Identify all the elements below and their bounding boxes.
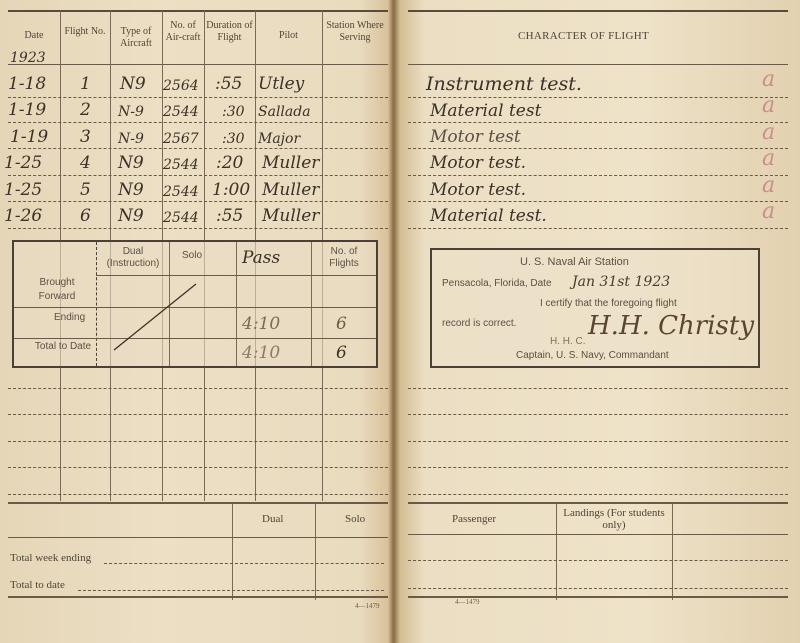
header-station: Station Where Serving	[322, 20, 388, 44]
footer-solo: Solo	[345, 513, 365, 525]
grade-mark: a	[762, 149, 775, 169]
total-flights: 6	[336, 343, 347, 363]
form-number: 4—1479	[455, 598, 480, 606]
row-brought-forward: Brought Forward	[22, 276, 92, 304]
row-ending: Ending	[54, 312, 85, 323]
date-handwritten: Jan 31st 1923	[572, 272, 670, 292]
rank-line: Captain, U. S. Navy, Commandant	[516, 350, 669, 361]
summary-stamp-box: Dual (Instruction) Solo Pass No. of Flig…	[12, 240, 378, 368]
col-pass: Pass	[242, 248, 280, 268]
header-flight-no: Flight No.	[60, 26, 110, 38]
ending-pass: 4:10	[242, 314, 280, 334]
logbook-spread: Date Flight No. Type of Aircraft No. of …	[0, 0, 800, 643]
header-duration: Duration of Flight	[204, 20, 255, 44]
header-rule	[8, 64, 388, 65]
header-pilot: Pilot	[255, 30, 322, 42]
footer-landings: Landings (For students only)	[562, 507, 666, 531]
date-label: Pensacola, Florida, Date	[442, 278, 552, 289]
form-number: 4—1479	[355, 602, 380, 610]
typed-name: H. H. C.	[550, 336, 586, 347]
left-page: Date Flight No. Type of Aircraft No. of …	[0, 0, 393, 643]
certify-line: I certify that the foregoing flight	[540, 298, 677, 309]
grade-mark: a	[762, 96, 775, 116]
station-line: U. S. Naval Air Station	[520, 256, 629, 268]
grade-mark: a	[762, 202, 775, 222]
right-page: CHARACTER OF FLIGHT Instrument test. a M…	[400, 0, 800, 643]
year: 1923	[10, 48, 46, 68]
total-week-ending-label: Total week ending	[10, 552, 91, 564]
record-correct-line: record is correct.	[442, 318, 516, 329]
total-pass: 4:10	[242, 343, 280, 363]
total-to-date-label: Total to date	[10, 579, 65, 591]
row-total-to-date: Total to Date	[28, 341, 98, 353]
header-aircraft-type: Type of Aircraft	[110, 26, 162, 50]
footer-dual: Dual	[262, 513, 283, 525]
character-of-flight-header: CHARACTER OF FLIGHT	[518, 30, 649, 42]
footer-passenger: Passenger	[452, 513, 496, 525]
col-flights: No. of Flights	[319, 246, 369, 270]
diagonal-strike-mark	[106, 282, 206, 352]
header-aircraft-no: No. of Air-craft	[162, 20, 204, 44]
commandant-signature: H.H. Christy	[588, 316, 754, 336]
col-dual: Dual (Instruction)	[98, 246, 168, 270]
top-rule	[8, 10, 388, 12]
grade-mark: a	[762, 70, 775, 90]
col-solo: Solo	[182, 250, 202, 261]
header-date: Date	[8, 30, 60, 42]
grade-mark: a	[762, 123, 775, 143]
grade-mark: a	[762, 176, 775, 196]
certification-stamp: U. S. Naval Air Station Pensacola, Flori…	[430, 248, 760, 368]
ending-flights: 6	[336, 314, 347, 334]
